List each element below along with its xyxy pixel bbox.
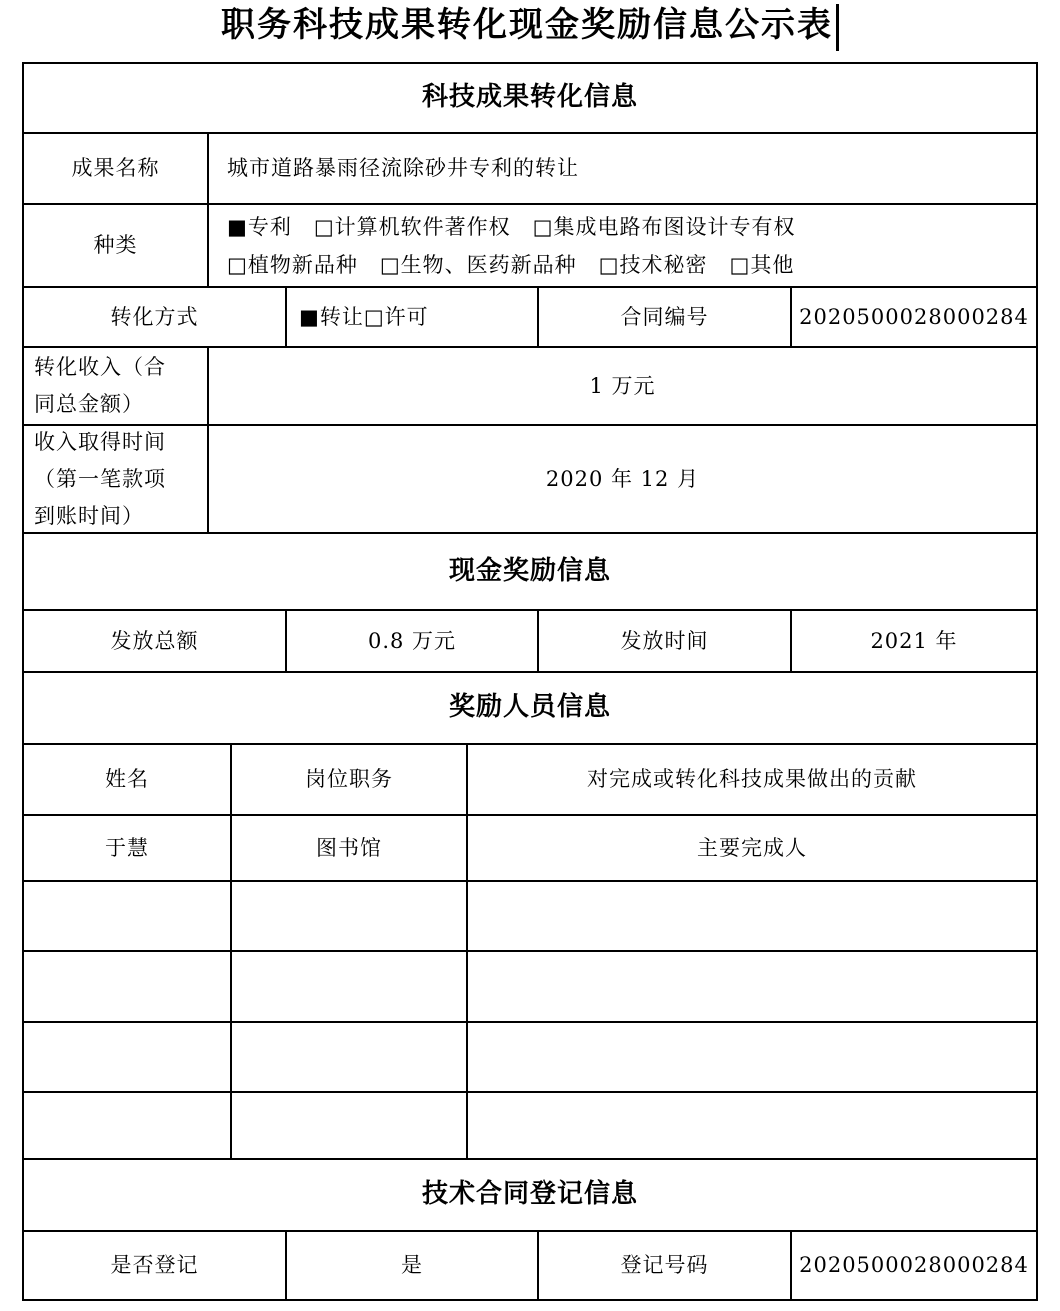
row-people-columns: 姓名 岗位职务 对完成或转化科技成果做出的贡献 — [24, 745, 1036, 816]
row-income: 转化收入（合同总金额） 1 万元 — [24, 348, 1036, 426]
person-position — [232, 1093, 468, 1160]
section4-header: 技术合同登记信息 — [24, 1160, 1036, 1232]
person-row — [24, 882, 1036, 952]
person-position: 图书馆 — [232, 816, 468, 882]
people-col-position: 岗位职务 — [232, 745, 468, 816]
person-contribution: 主要完成人 — [468, 816, 1036, 882]
person-contribution — [468, 1093, 1036, 1160]
person-row — [24, 952, 1036, 1023]
person-name — [24, 952, 232, 1023]
person-contribution — [468, 952, 1036, 1023]
row-section3-header: 奖励人员信息 — [24, 673, 1036, 745]
info-table: 科技成果转化信息 成果名称 城市道路暴雨径流除砂井专利的转让 种类 ■专利 □计… — [22, 62, 1038, 1301]
transform-method-label: 转化方式 — [24, 288, 287, 348]
row-income-time: 收入取得时间（第一笔款项到账时间） 2020 年 12 月 — [24, 426, 1036, 534]
section3-header: 奖励人员信息 — [24, 673, 1036, 745]
category-options-line2: □植物新品种 □生物、医药新品种 □技术秘密 □其他 — [227, 246, 794, 284]
achievement-name-label: 成果名称 — [24, 134, 209, 205]
person-name — [24, 1093, 232, 1160]
people-col-name: 姓名 — [24, 745, 232, 816]
person-row: 于慧 图书馆 主要完成人 — [24, 816, 1036, 882]
document-title: 职务科技成果转化现金奖励信息公示表 — [221, 4, 833, 47]
income-time-label: 收入取得时间（第一笔款项到账时间） — [24, 426, 209, 534]
row-section4-header: 技术合同登记信息 — [24, 1160, 1036, 1232]
reg-no-value: 2020500028000284 — [792, 1232, 1036, 1299]
section2-header: 现金奖励信息 — [24, 534, 1036, 611]
document-title-row: 职务科技成果转化现金奖励信息公示表 — [0, 0, 1060, 62]
person-name — [24, 882, 232, 952]
row-category: 种类 ■专利 □计算机软件著作权 □集成电路布图设计专有权 □植物新品种 □生物… — [24, 205, 1036, 288]
payout-time-value: 2021 年 — [792, 611, 1036, 673]
person-name: 于慧 — [24, 816, 232, 882]
reg-no-label: 登记号码 — [539, 1232, 792, 1299]
payout-time-label: 发放时间 — [539, 611, 792, 673]
section1-header: 科技成果转化信息 — [24, 64, 1036, 134]
row-registration: 是否登记 是 登记号码 2020500028000284 — [24, 1232, 1036, 1299]
income-time-value: 2020 年 12 月 — [209, 426, 1036, 534]
person-row — [24, 1023, 1036, 1093]
person-position — [232, 952, 468, 1023]
category-options-line1: ■专利 □计算机软件著作权 □集成电路布图设计专有权 — [227, 208, 796, 246]
person-contribution — [468, 1023, 1036, 1093]
row-payout: 发放总额 0.8 万元 发放时间 2021 年 — [24, 611, 1036, 673]
row-transform-method: 转化方式 ■转让□许可 合同编号 2020500028000284 — [24, 288, 1036, 348]
person-name — [24, 1023, 232, 1093]
category-options: ■专利 □计算机软件著作权 □集成电路布图设计专有权 □植物新品种 □生物、医药… — [209, 205, 1036, 288]
row-section2-header: 现金奖励信息 — [24, 534, 1036, 611]
contract-no-value: 2020500028000284 — [792, 288, 1036, 348]
registered-label: 是否登记 — [24, 1232, 287, 1299]
row-achievement-name: 成果名称 城市道路暴雨径流除砂井专利的转让 — [24, 134, 1036, 205]
person-position — [232, 882, 468, 952]
achievement-name-value: 城市道路暴雨径流除砂井专利的转让 — [209, 134, 1036, 205]
contract-no-label: 合同编号 — [539, 288, 792, 348]
people-col-contribution: 对完成或转化科技成果做出的贡献 — [468, 745, 1036, 816]
person-contribution — [468, 882, 1036, 952]
person-row — [24, 1093, 1036, 1160]
income-value: 1 万元 — [209, 348, 1036, 426]
registered-value: 是 — [287, 1232, 539, 1299]
payout-total-label: 发放总额 — [24, 611, 287, 673]
document-page: 职务科技成果转化现金奖励信息公示表 科技成果转化信息 成果名称 城市道路暴雨径流… — [0, 0, 1060, 1301]
person-position — [232, 1023, 468, 1093]
category-label: 种类 — [24, 205, 209, 288]
row-section1-header: 科技成果转化信息 — [24, 64, 1036, 134]
transform-method-value: ■转让□许可 — [287, 288, 539, 348]
income-label: 转化收入（合同总金额） — [24, 348, 209, 426]
payout-total-value: 0.8 万元 — [287, 611, 539, 673]
text-cursor — [836, 4, 839, 51]
